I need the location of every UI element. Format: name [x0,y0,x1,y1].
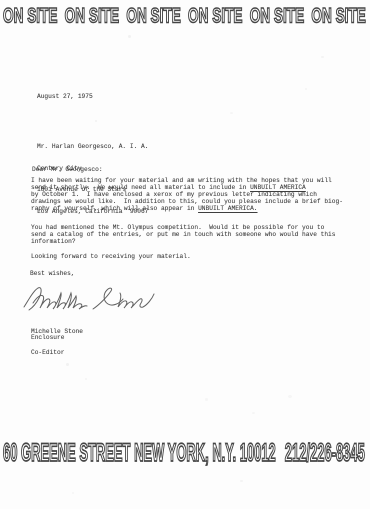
signature [23,285,156,313]
enclosure-note: Enclosure [31,334,64,341]
on-site-logo: ON SITE [3,5,57,27]
top-banner: ON SITE ON SITE ON SITE ON SITE ON SITE … [3,5,366,27]
letter-line: information? [31,238,343,245]
noise-speck [128,35,131,38]
signer-title: Co-Editor [31,349,83,356]
signature-script-icon [23,285,156,313]
on-site-logo: ON SITE [250,5,304,27]
letter-line: send it shortly. We would need all mater… [31,184,343,191]
letter-line: You had mentioned the Mt. Olympus compet… [31,224,343,231]
salutation: Dear Mr. Georgesco: [32,166,103,173]
footer-phone: 212/226-8345 [285,440,365,466]
noise-speck [305,88,307,90]
noise-speck [72,492,74,494]
on-site-logo: ON SITE [65,5,119,27]
bottom-banner: 60 GREENE STREET NEW YORK, N.Y. 10012 21… [3,440,365,466]
letter-line: by October 1. I have enclosed a xerox of… [31,191,343,198]
noise-speck [252,412,255,414]
address-line: Mr. Harlan Georgesco, A. I. A. [37,143,148,151]
on-site-logo: ON SITE [188,5,242,27]
noise-speck [240,480,243,482]
noise-speck [230,112,233,114]
letter-line: raphy of yourself, which will also appea… [31,205,343,212]
noise-speck [95,120,97,122]
letter-line: drawings we would like. In addition to t… [31,198,343,205]
letter-line: I have been waiting for your material an… [31,177,343,184]
letter-line: send a catalog of the entries, or put me… [31,231,343,238]
on-site-logo: ON SITE [311,5,365,27]
closing: Best wishes, [30,270,75,277]
paragraph: I have been waiting for your material an… [31,177,343,212]
letter-line: Looking forward to receiving your materi… [31,253,343,260]
paragraph: Looking forward to receiving your materi… [31,253,343,260]
noise-speck [85,378,87,380]
on-site-logo: ON SITE [126,5,180,27]
noise-speck [321,56,324,58]
paragraph: You had mentioned the Mt. Olympus compet… [31,224,343,245]
noise-speck [288,395,292,398]
date-line: August 27, 1975 [37,93,93,100]
noise-speck [205,398,208,401]
scanned-letter-page: { "header": { "logo_text": "ON SITE" }, … [0,0,370,509]
letter-body: I have been waiting for your material an… [31,177,343,260]
footer-address: 60 GREENE STREET NEW YORK, N.Y. 10012 [3,440,276,466]
